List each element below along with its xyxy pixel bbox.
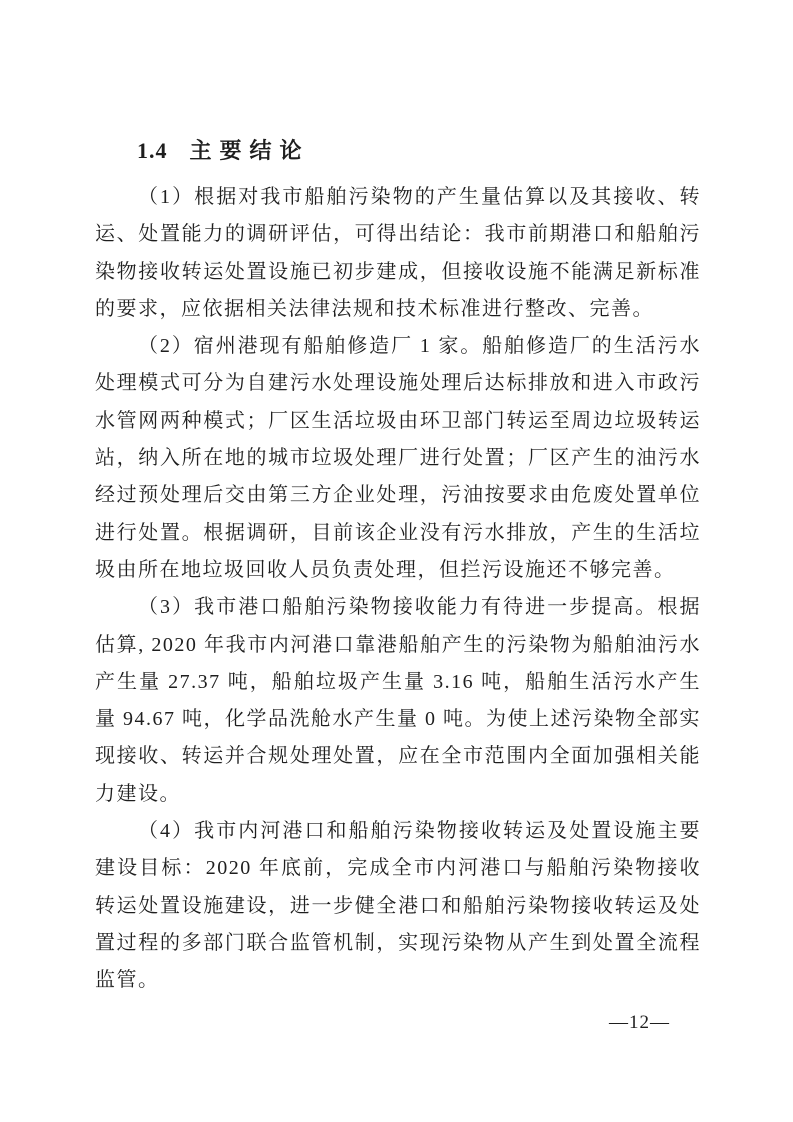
section-title: 主要结论	[190, 138, 310, 163]
document-page: 1.4主要结论 （1）根据对我市船舶污染物的产生量估算以及其接收、转运、处置能力…	[0, 0, 793, 1122]
section-heading: 1.4主要结论	[137, 132, 701, 169]
paragraph-conclusion-4: （4）我市内河港口和船舶污染物接收转运及处置设施主要建设目标：2020 年底前，…	[95, 813, 701, 999]
document-content: 1.4主要结论 （1）根据对我市船舶污染物的产生量估算以及其接收、转运、处置能力…	[95, 132, 701, 1000]
paragraph-conclusion-1: （1）根据对我市船舶污染物的产生量估算以及其接收、转运、处置能力的调研评估，可得…	[95, 179, 701, 328]
section-number: 1.4	[137, 138, 168, 163]
paragraph-conclusion-3: （3）我市港口船舶污染物接收能力有待进一步提高。根据估算, 2020 年我市内河…	[95, 589, 701, 813]
paragraph-conclusion-2: （2）宿州港现有船舶修造厂 1 家。船舶修造厂的生活污水处理模式可分为自建污水处…	[95, 328, 701, 589]
page-number: —12—	[609, 1012, 670, 1034]
